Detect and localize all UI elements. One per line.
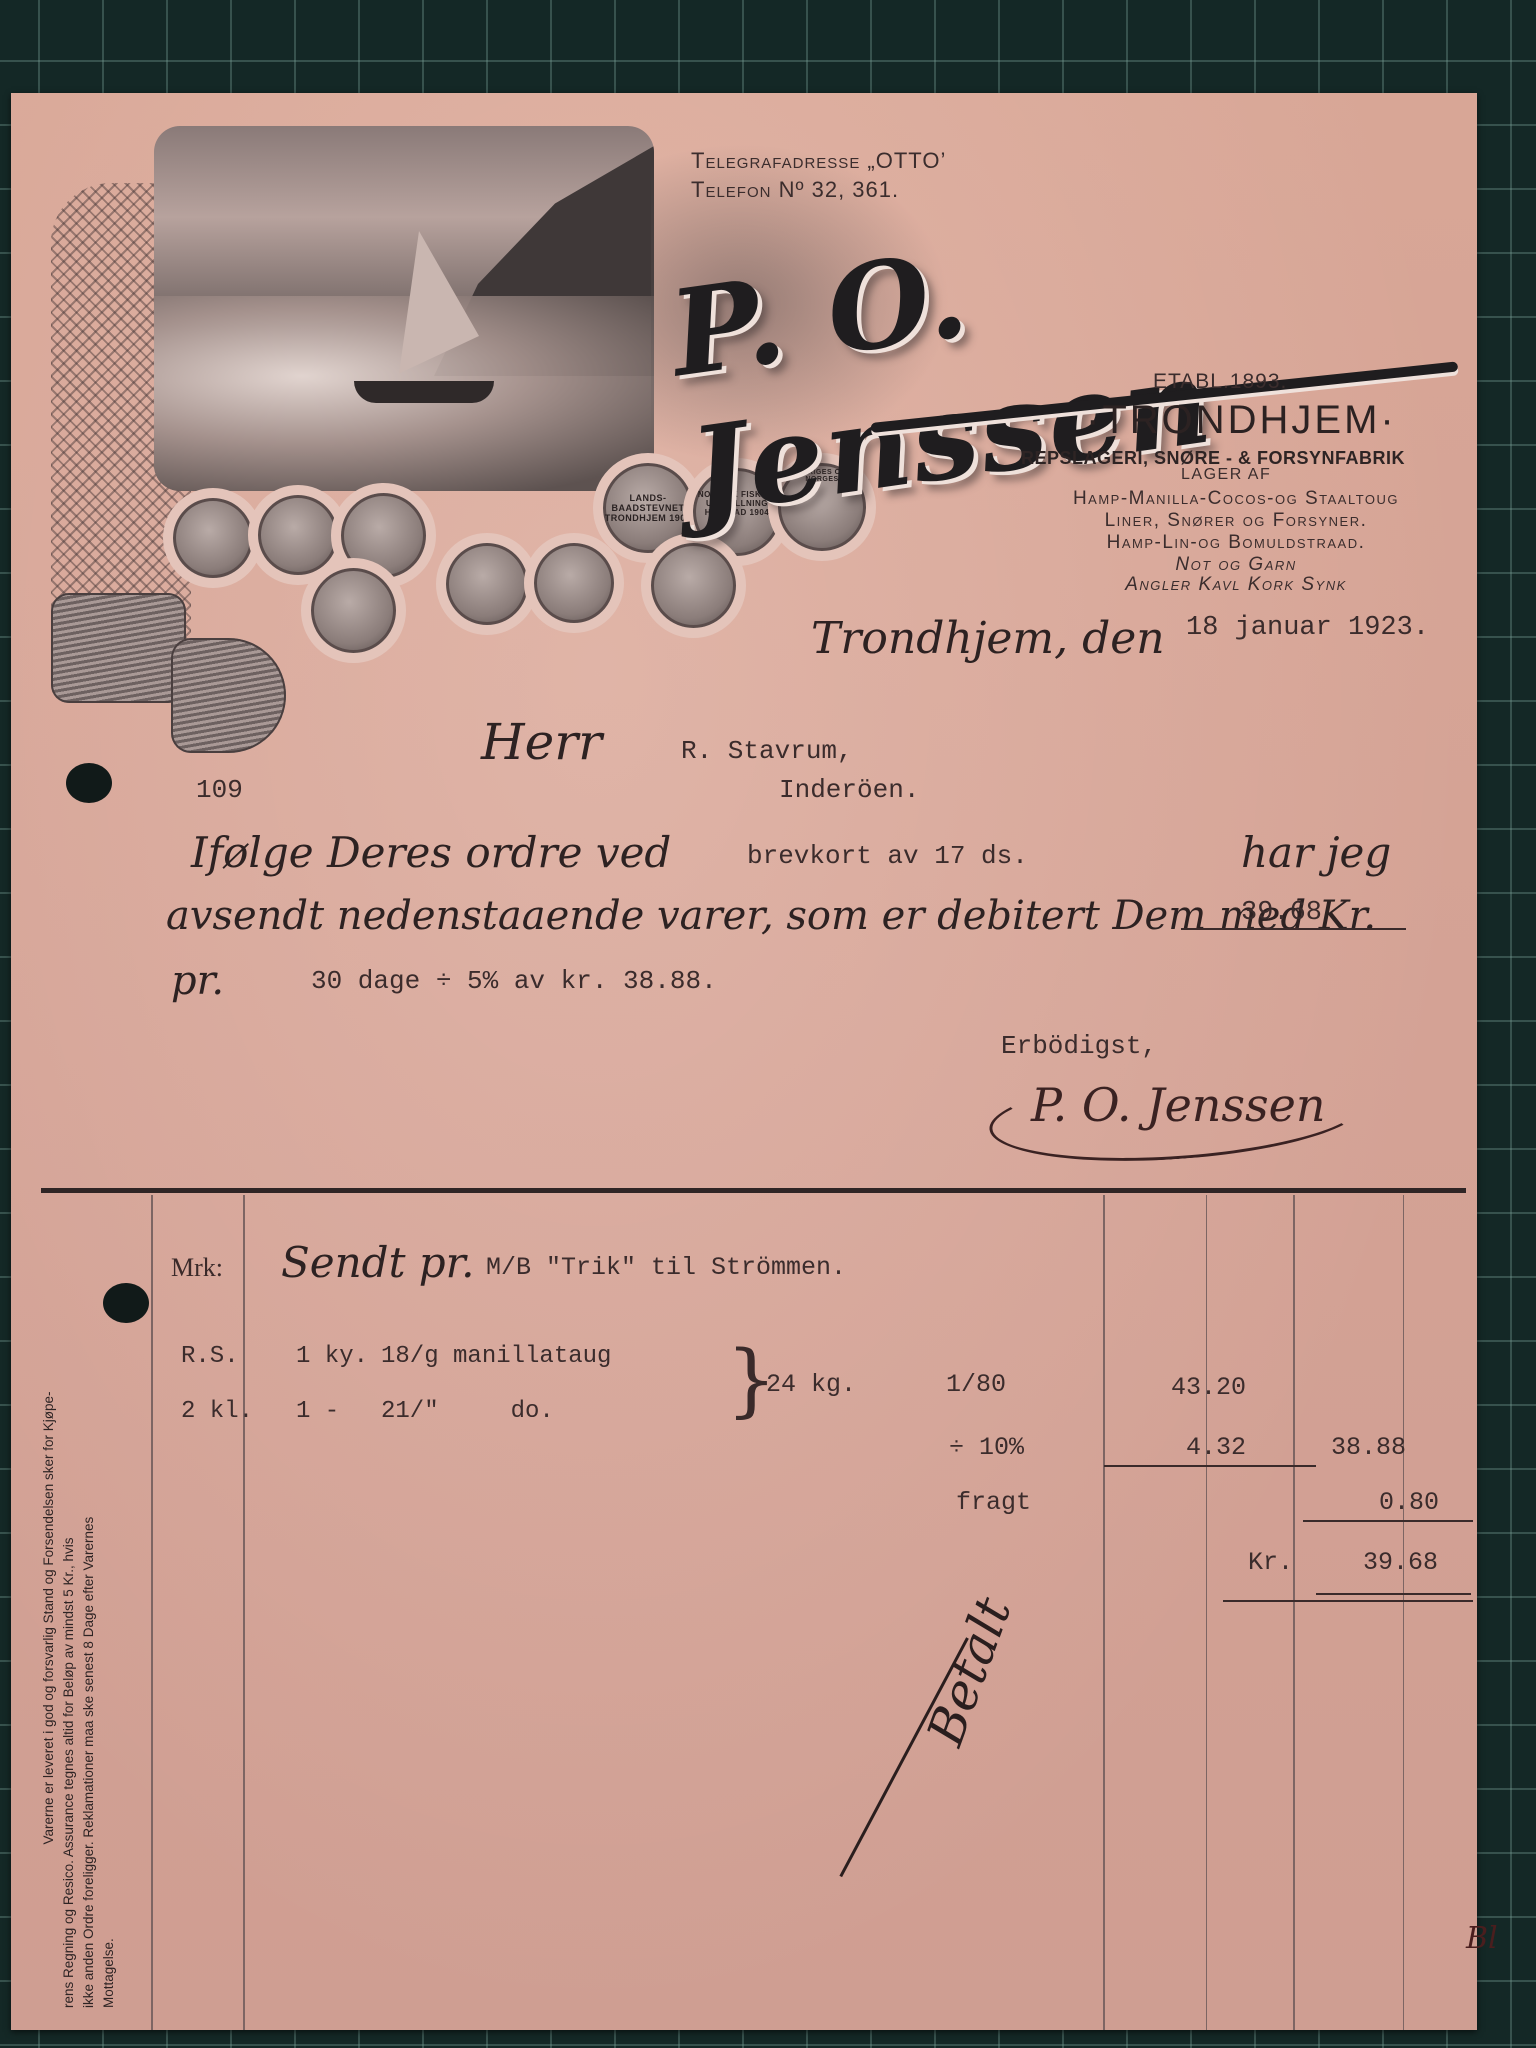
product-line: Not og Garn bbox=[1011, 554, 1461, 576]
signature-flourish bbox=[986, 1060, 1367, 1172]
total-label: Kr. bbox=[1248, 1548, 1293, 1577]
item-qty: 1 ky. bbox=[296, 1343, 368, 1370]
terms-line: Mottagelse. bbox=[99, 1228, 119, 2008]
product-line: Liner, Snører og Forsyner. bbox=[1011, 510, 1461, 532]
grid-line bbox=[1403, 1195, 1404, 2030]
grid-line bbox=[1293, 1195, 1295, 2030]
place-date-label: Trondhjem, den bbox=[811, 613, 1165, 664]
paid-stroke bbox=[839, 1637, 968, 1877]
shipping-script: Sendt pr. bbox=[281, 1238, 475, 1287]
freight-label: fragt bbox=[956, 1488, 1031, 1517]
amount-underline bbox=[1181, 928, 1406, 930]
sea-boat-illustration bbox=[154, 126, 654, 491]
terms-line: Varerne er leveret i god og forsvarlig S… bbox=[39, 1228, 59, 2008]
paid-signature: Betalt bbox=[916, 1590, 1023, 1753]
rope-coil-illustration bbox=[51, 593, 186, 703]
payment-terms: 30 dage ÷ 5% av kr. 38.88. bbox=[311, 966, 717, 996]
item-mark: R.S. bbox=[181, 1343, 239, 1370]
mark-label: Mrk: bbox=[171, 1253, 223, 1283]
section-divider bbox=[41, 1188, 1466, 1193]
body-script-3: pr. bbox=[171, 958, 224, 1004]
invoice-paper: LANDS-BAADSTEVNET TRONDHJEM 1902 NORDISK… bbox=[11, 93, 1477, 2030]
medal-icon bbox=[301, 558, 406, 663]
debit-amount: 39.68 bbox=[1241, 898, 1322, 928]
stock-heading: LAGER AF bbox=[1181, 466, 1271, 484]
reference-number: 109 bbox=[196, 775, 243, 805]
recipient-name: R. Stavrum, bbox=[681, 736, 853, 766]
product-line: Angler Kavl Kork Synk bbox=[1011, 574, 1461, 596]
city-name: ·TRONDHJEM· bbox=[1086, 398, 1397, 443]
weight: 24 kg. bbox=[766, 1370, 856, 1399]
medal-icon bbox=[524, 533, 624, 633]
closing: Erbödigst, bbox=[1001, 1031, 1157, 1061]
total-double-underline bbox=[1223, 1600, 1473, 1602]
item-desc: 21/" do. bbox=[381, 1398, 554, 1425]
freight-underline bbox=[1303, 1520, 1473, 1522]
grid-line bbox=[1103, 1195, 1105, 2030]
subtotal-underline bbox=[1104, 1465, 1316, 1467]
terms-line: ikke anden Ordre foreligger. Reklamation… bbox=[79, 1228, 99, 2008]
telephone-number: Telefon Nº 32, 361. bbox=[691, 177, 899, 203]
corner-initials: Bl bbox=[1466, 1921, 1498, 1956]
terms-line: rens Regning og Resico. Assurance tegnes… bbox=[59, 1228, 79, 2008]
established-year: ETABL.1893. bbox=[1153, 370, 1287, 394]
gross-amount: 43.20 bbox=[1171, 1373, 1246, 1402]
item-mark: 2 kl. bbox=[181, 1398, 253, 1425]
medal-icon bbox=[436, 533, 538, 635]
grid-line bbox=[1206, 1195, 1207, 2030]
body-script-1: Ifølge Deres ordre ved bbox=[191, 828, 671, 877]
salutation: Herr bbox=[481, 713, 602, 771]
order-reference: brevkort av 17 ds. bbox=[747, 841, 1028, 871]
product-line: Hamp-Lin-og Bomuldstraad. bbox=[1011, 532, 1461, 554]
unit-price: 1/80 bbox=[946, 1370, 1006, 1399]
medal-ship bbox=[641, 533, 746, 638]
telegraph-address: Telegrafadresse „OTTO’ bbox=[691, 148, 946, 174]
discount-label: ÷ 10% bbox=[949, 1433, 1024, 1462]
total-amount: 39.68 bbox=[1363, 1548, 1438, 1577]
letter-date: 18 januar 1923. bbox=[1186, 613, 1429, 643]
discount-amount: 4.32 bbox=[1186, 1433, 1246, 1462]
shipping-details: M/B "Trik" til Strömmen. bbox=[486, 1253, 846, 1282]
freight-amount: 0.80 bbox=[1379, 1488, 1439, 1517]
terms-note: Varerne er leveret i god og forsvarlig S… bbox=[39, 1228, 119, 2008]
rope-coil-illustration bbox=[171, 638, 286, 753]
total-double-underline bbox=[1316, 1593, 1471, 1595]
grid-line bbox=[243, 1195, 245, 2030]
product-line: Hamp-Manilla-Cocos-og Staaltoug bbox=[1011, 488, 1461, 510]
body-script-1-end: har jeg bbox=[1241, 828, 1391, 877]
recipient-place: Inderöen. bbox=[779, 775, 919, 805]
item-desc: 18/g manillataug bbox=[381, 1343, 611, 1370]
punch-hole bbox=[66, 763, 112, 803]
body-script-2: avsendt nedenstaaende varer, som er debi… bbox=[166, 893, 1376, 939]
grid-line bbox=[151, 1195, 153, 2030]
item-qty: 1 - bbox=[296, 1398, 339, 1425]
net-amount: 38.88 bbox=[1331, 1433, 1406, 1462]
